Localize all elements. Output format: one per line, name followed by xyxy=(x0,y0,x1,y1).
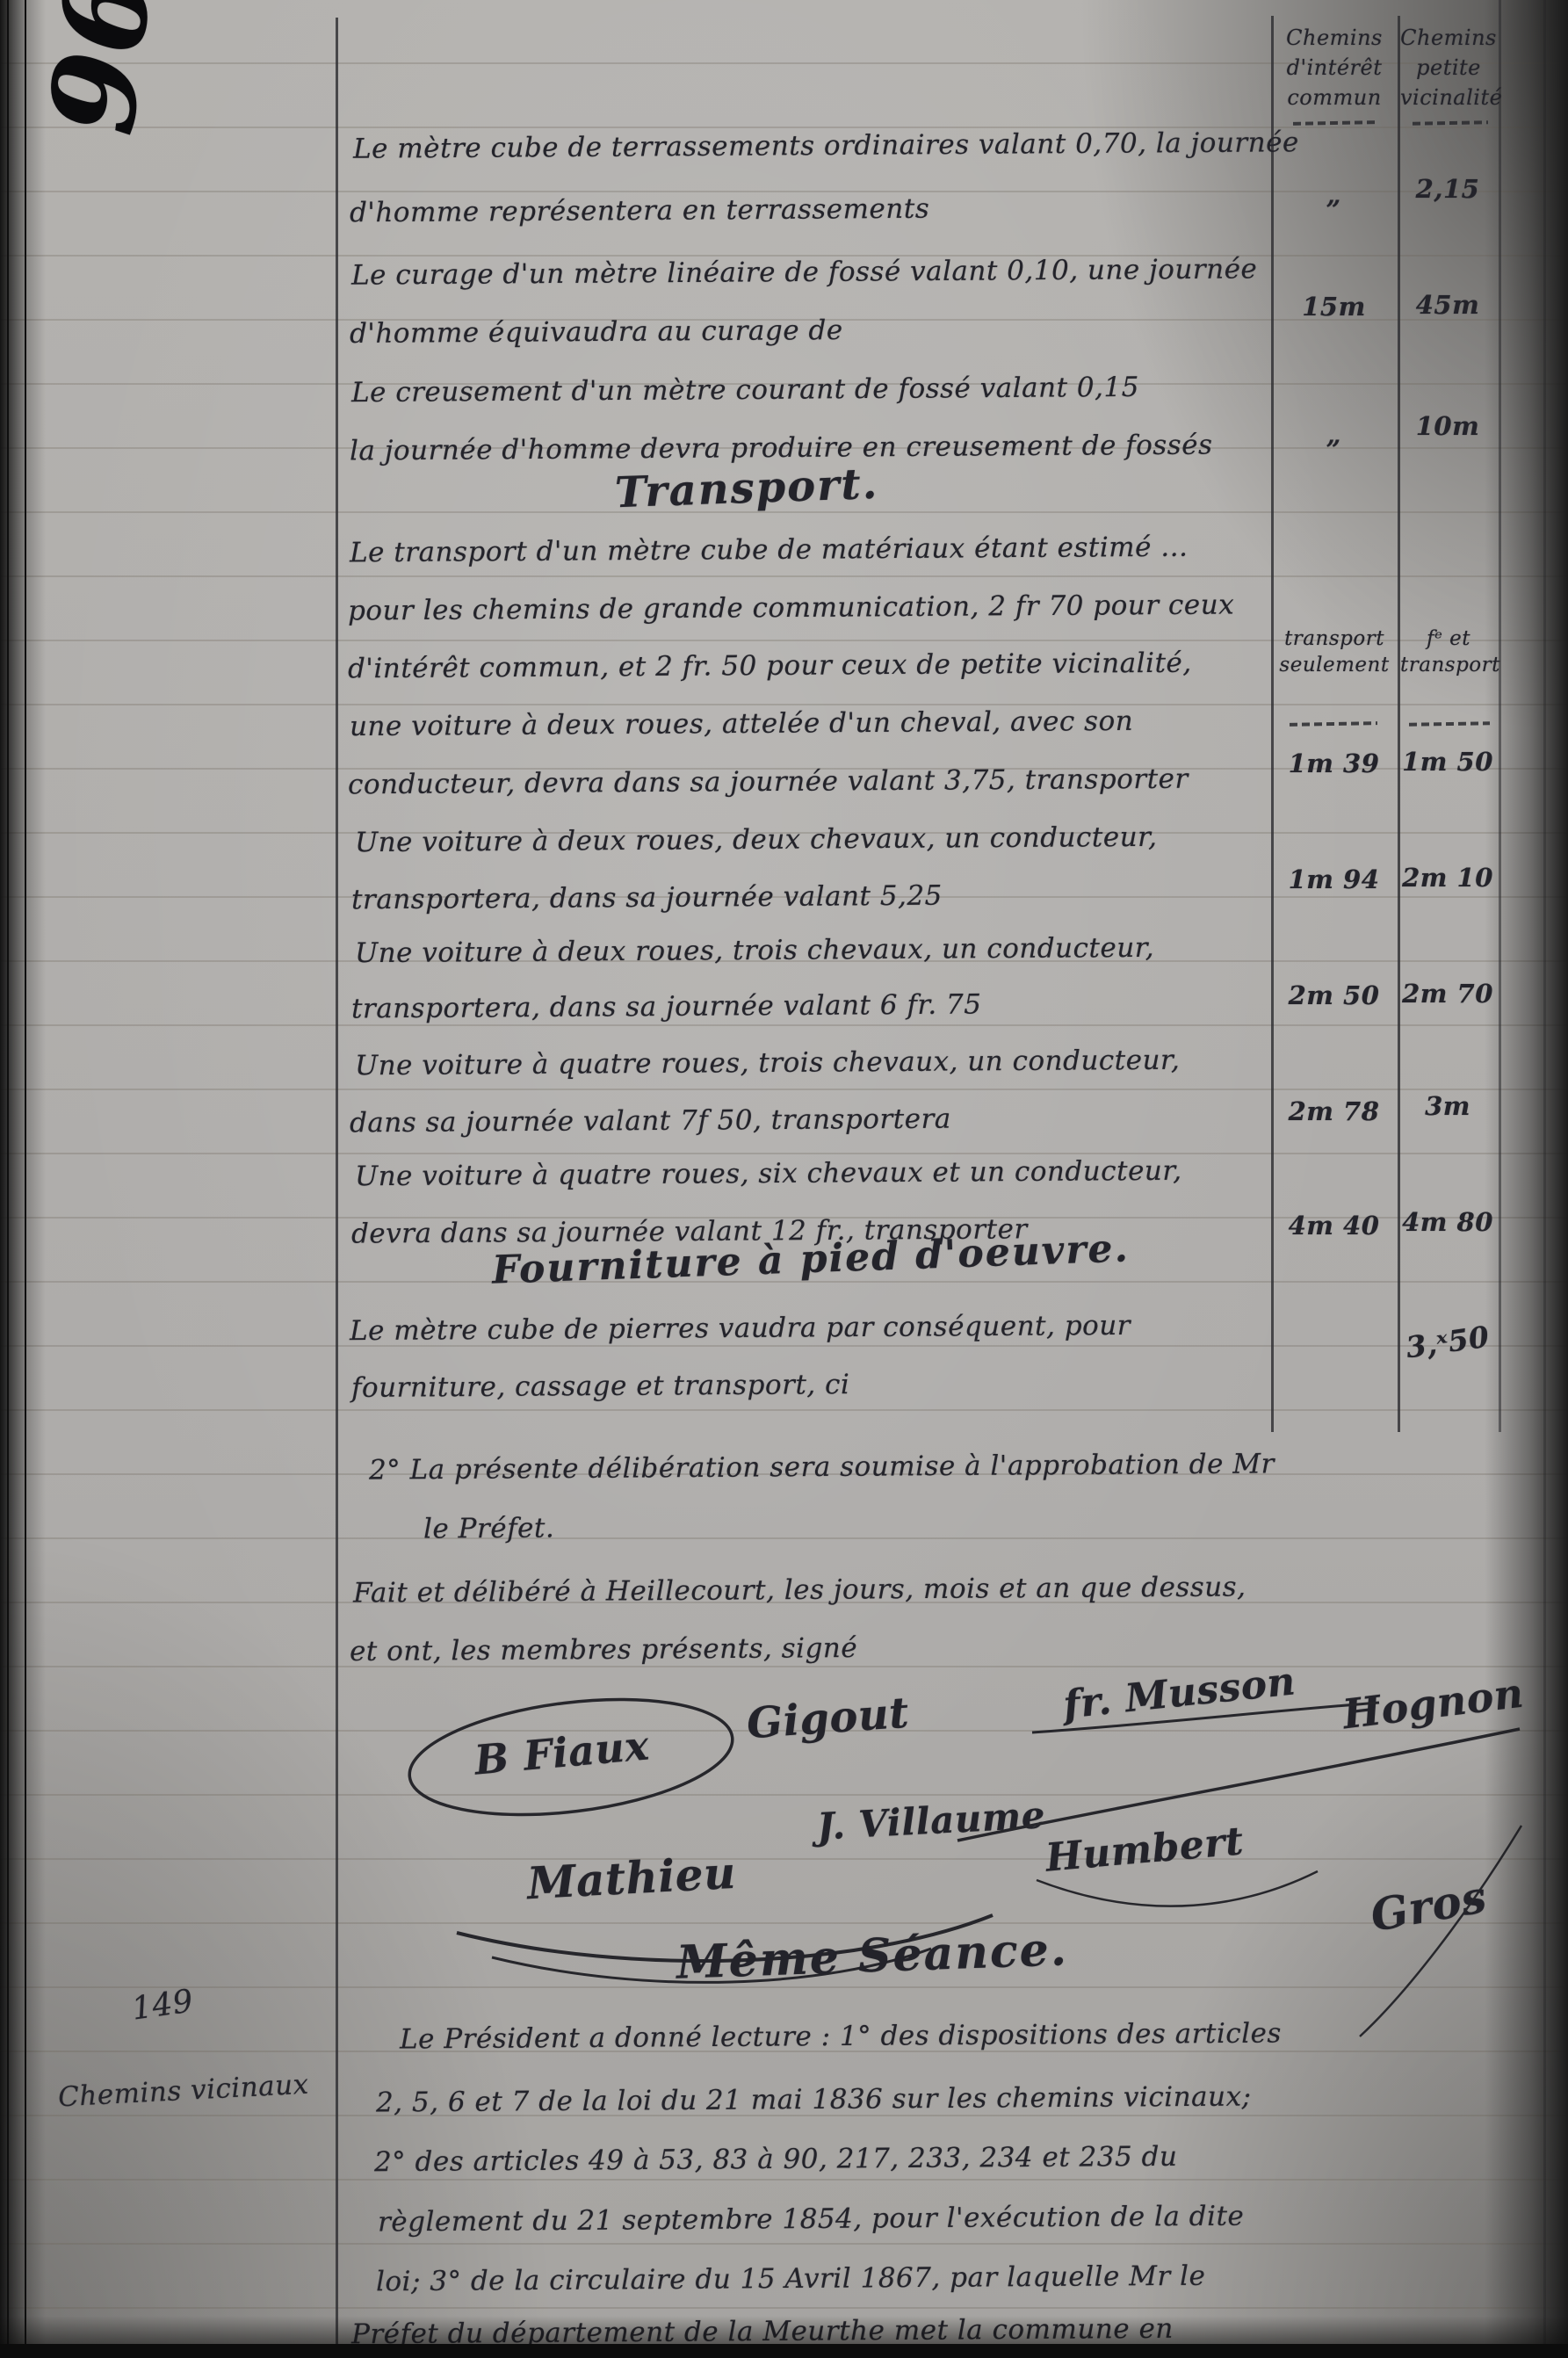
tariff-line: Une voiture à deux roues, deux chevaux, … xyxy=(355,821,1158,858)
signature: fr. Musson xyxy=(1061,1659,1297,1727)
bottom-edge-fade xyxy=(0,2316,1568,2346)
deliberation-line: Fait et délibéré à Heillecourt, les jour… xyxy=(353,1571,1246,1609)
tariff-line: la journée d'homme devra produire en cre… xyxy=(350,430,1213,467)
tariff-line: dans sa journée valant 7f 50, transporte… xyxy=(350,1103,951,1139)
seance-line: règlement du 21 septembre 1854, pour l'e… xyxy=(378,2201,1245,2239)
subheader-underline-col2 xyxy=(1409,721,1490,727)
signature: B Fiaux xyxy=(473,1721,651,1783)
cell-col2: 1m 50 xyxy=(1398,747,1498,777)
tariff-line: Le transport d'un mètre cube de matériau… xyxy=(350,532,1189,569)
tariff-line: une voiture à deux roues, attelée d'un c… xyxy=(350,705,1133,742)
tariff-line: Le mètre cube de terrassements ordinaire… xyxy=(353,127,1299,165)
deliberation-line: et ont, les membres présents, signé xyxy=(350,1632,857,1667)
tariff-line: Une voiture à quatre roues, trois chevau… xyxy=(355,1045,1180,1082)
seance-margin-number: 149 xyxy=(129,1983,195,2027)
table-subheader-col2-line1: fᵉ et xyxy=(1400,626,1497,652)
tariff-line: d'homme représentera en terrassements xyxy=(350,193,929,229)
cell-col1: 15m xyxy=(1271,292,1397,322)
signature: J. Villaume xyxy=(816,1793,1046,1848)
tariff-line: pour les chemins de grande communication… xyxy=(348,589,1234,626)
tariff-line: Le creusement d'un mètre courant de foss… xyxy=(351,372,1139,409)
tariff-line: Une voiture à deux roues, trois chevaux,… xyxy=(355,932,1154,969)
tariff-line: transportera, dans sa journée valant 5,2… xyxy=(351,880,943,916)
table-subheader-col1: transport seulement xyxy=(1274,626,1395,678)
seance-line: loi; 3° de la circulaire du 15 Avril 186… xyxy=(376,2260,1206,2298)
seance-line: 2, 5, 6 et 7 de la loi du 21 mai 1836 su… xyxy=(376,2081,1252,2119)
table-subheader-col2-line2: transport xyxy=(1400,652,1497,678)
binding-line-1 xyxy=(7,0,9,2358)
table-header-col2-line1: Chemins xyxy=(1400,23,1497,53)
cell-col1: 2m 78 xyxy=(1271,1096,1397,1126)
cell-col1: 1m 94 xyxy=(1271,864,1397,894)
cell-col2: 45m xyxy=(1398,290,1498,320)
tariff-line: d'intérêt commun, et 2 fr. 50 pour ceux … xyxy=(348,647,1192,685)
header-underline-col2 xyxy=(1413,120,1488,126)
margin-rule xyxy=(336,18,338,2358)
table-header-col1: Chemins d'intérêt commun xyxy=(1274,23,1395,112)
cell-col2: 2,15 xyxy=(1398,174,1498,204)
seance-heading: Même Séance. xyxy=(676,1922,1069,1990)
header-underline-col1 xyxy=(1293,120,1377,126)
tariff-line: Une voiture à quatre roues, six chevaux … xyxy=(355,1155,1182,1193)
table-header-col1-line3: commun xyxy=(1274,83,1395,112)
cell-col2: 4m 80 xyxy=(1398,1207,1498,1237)
table-header-col2-line2: petite xyxy=(1400,53,1497,83)
table-subheader-col2: fᵉ et transport xyxy=(1400,626,1497,678)
cell-col1: 2m 50 xyxy=(1271,980,1397,1010)
tariff-line: fourniture, cassage et transport, ci xyxy=(351,1369,850,1404)
tariff-line: Le curage d'un mètre linéaire de fossé v… xyxy=(351,253,1258,291)
register-page: 96 Chemins d'intérêt commun Chemins peti… xyxy=(0,0,1568,2358)
tariff-line: Le mètre cube de pierres vaudra par cons… xyxy=(350,1310,1131,1347)
seance-line: 2° des articles 49 à 53, 83 à 90, 217, 2… xyxy=(374,2141,1178,2178)
bottom-edge xyxy=(0,2344,1568,2358)
transport-heading: Transport. xyxy=(614,459,879,517)
tariff-line: d'homme équivaudra au curage de xyxy=(350,315,843,350)
table-header-col2: Chemins petite vicinalité xyxy=(1400,23,1497,112)
tariff-line: transportera, dans sa journée valant 6 f… xyxy=(351,988,982,1024)
signature: Gigout xyxy=(745,1689,910,1749)
cell-col2: 10m xyxy=(1398,411,1498,441)
cell-col1: „ xyxy=(1271,420,1397,450)
deliberation-line: le Préfet. xyxy=(423,1512,555,1544)
signature: Gros xyxy=(1367,1870,1491,1942)
table-subheader-col1-line2: seulement xyxy=(1274,652,1395,678)
page-edge-shadow xyxy=(1485,0,1568,2358)
signature: Mathieu xyxy=(526,1847,738,1909)
subheader-underline-col1 xyxy=(1290,721,1377,727)
seance-margin-note: Chemins vicinaux xyxy=(57,2069,309,2114)
tariff-line: conducteur, devra dans sa journée valant… xyxy=(348,763,1189,801)
cell-col2: 2m 10 xyxy=(1398,863,1498,893)
cell-col2: 2m 70 xyxy=(1398,979,1498,1009)
binding-line-2 xyxy=(25,0,26,2358)
table-header-col1-line1: Chemins xyxy=(1274,23,1395,53)
deliberation-line: 2° La présente délibération sera soumise… xyxy=(369,1448,1275,1486)
cell-col1: 4m 40 xyxy=(1271,1211,1397,1240)
table-header-col2-line3: vicinalité xyxy=(1400,83,1497,112)
cell-col2: 3m xyxy=(1398,1091,1498,1121)
cell-col1: „ xyxy=(1271,180,1397,210)
seance-line: Le Président a donné lecture : 1° des di… xyxy=(400,2017,1282,2055)
table-header-col1-line2: d'intérêt xyxy=(1274,53,1395,83)
cell-col1: 1m 39 xyxy=(1271,749,1397,778)
table-subheader-col1-line1: transport xyxy=(1274,626,1395,652)
signature: Humbert xyxy=(1044,1819,1245,1880)
